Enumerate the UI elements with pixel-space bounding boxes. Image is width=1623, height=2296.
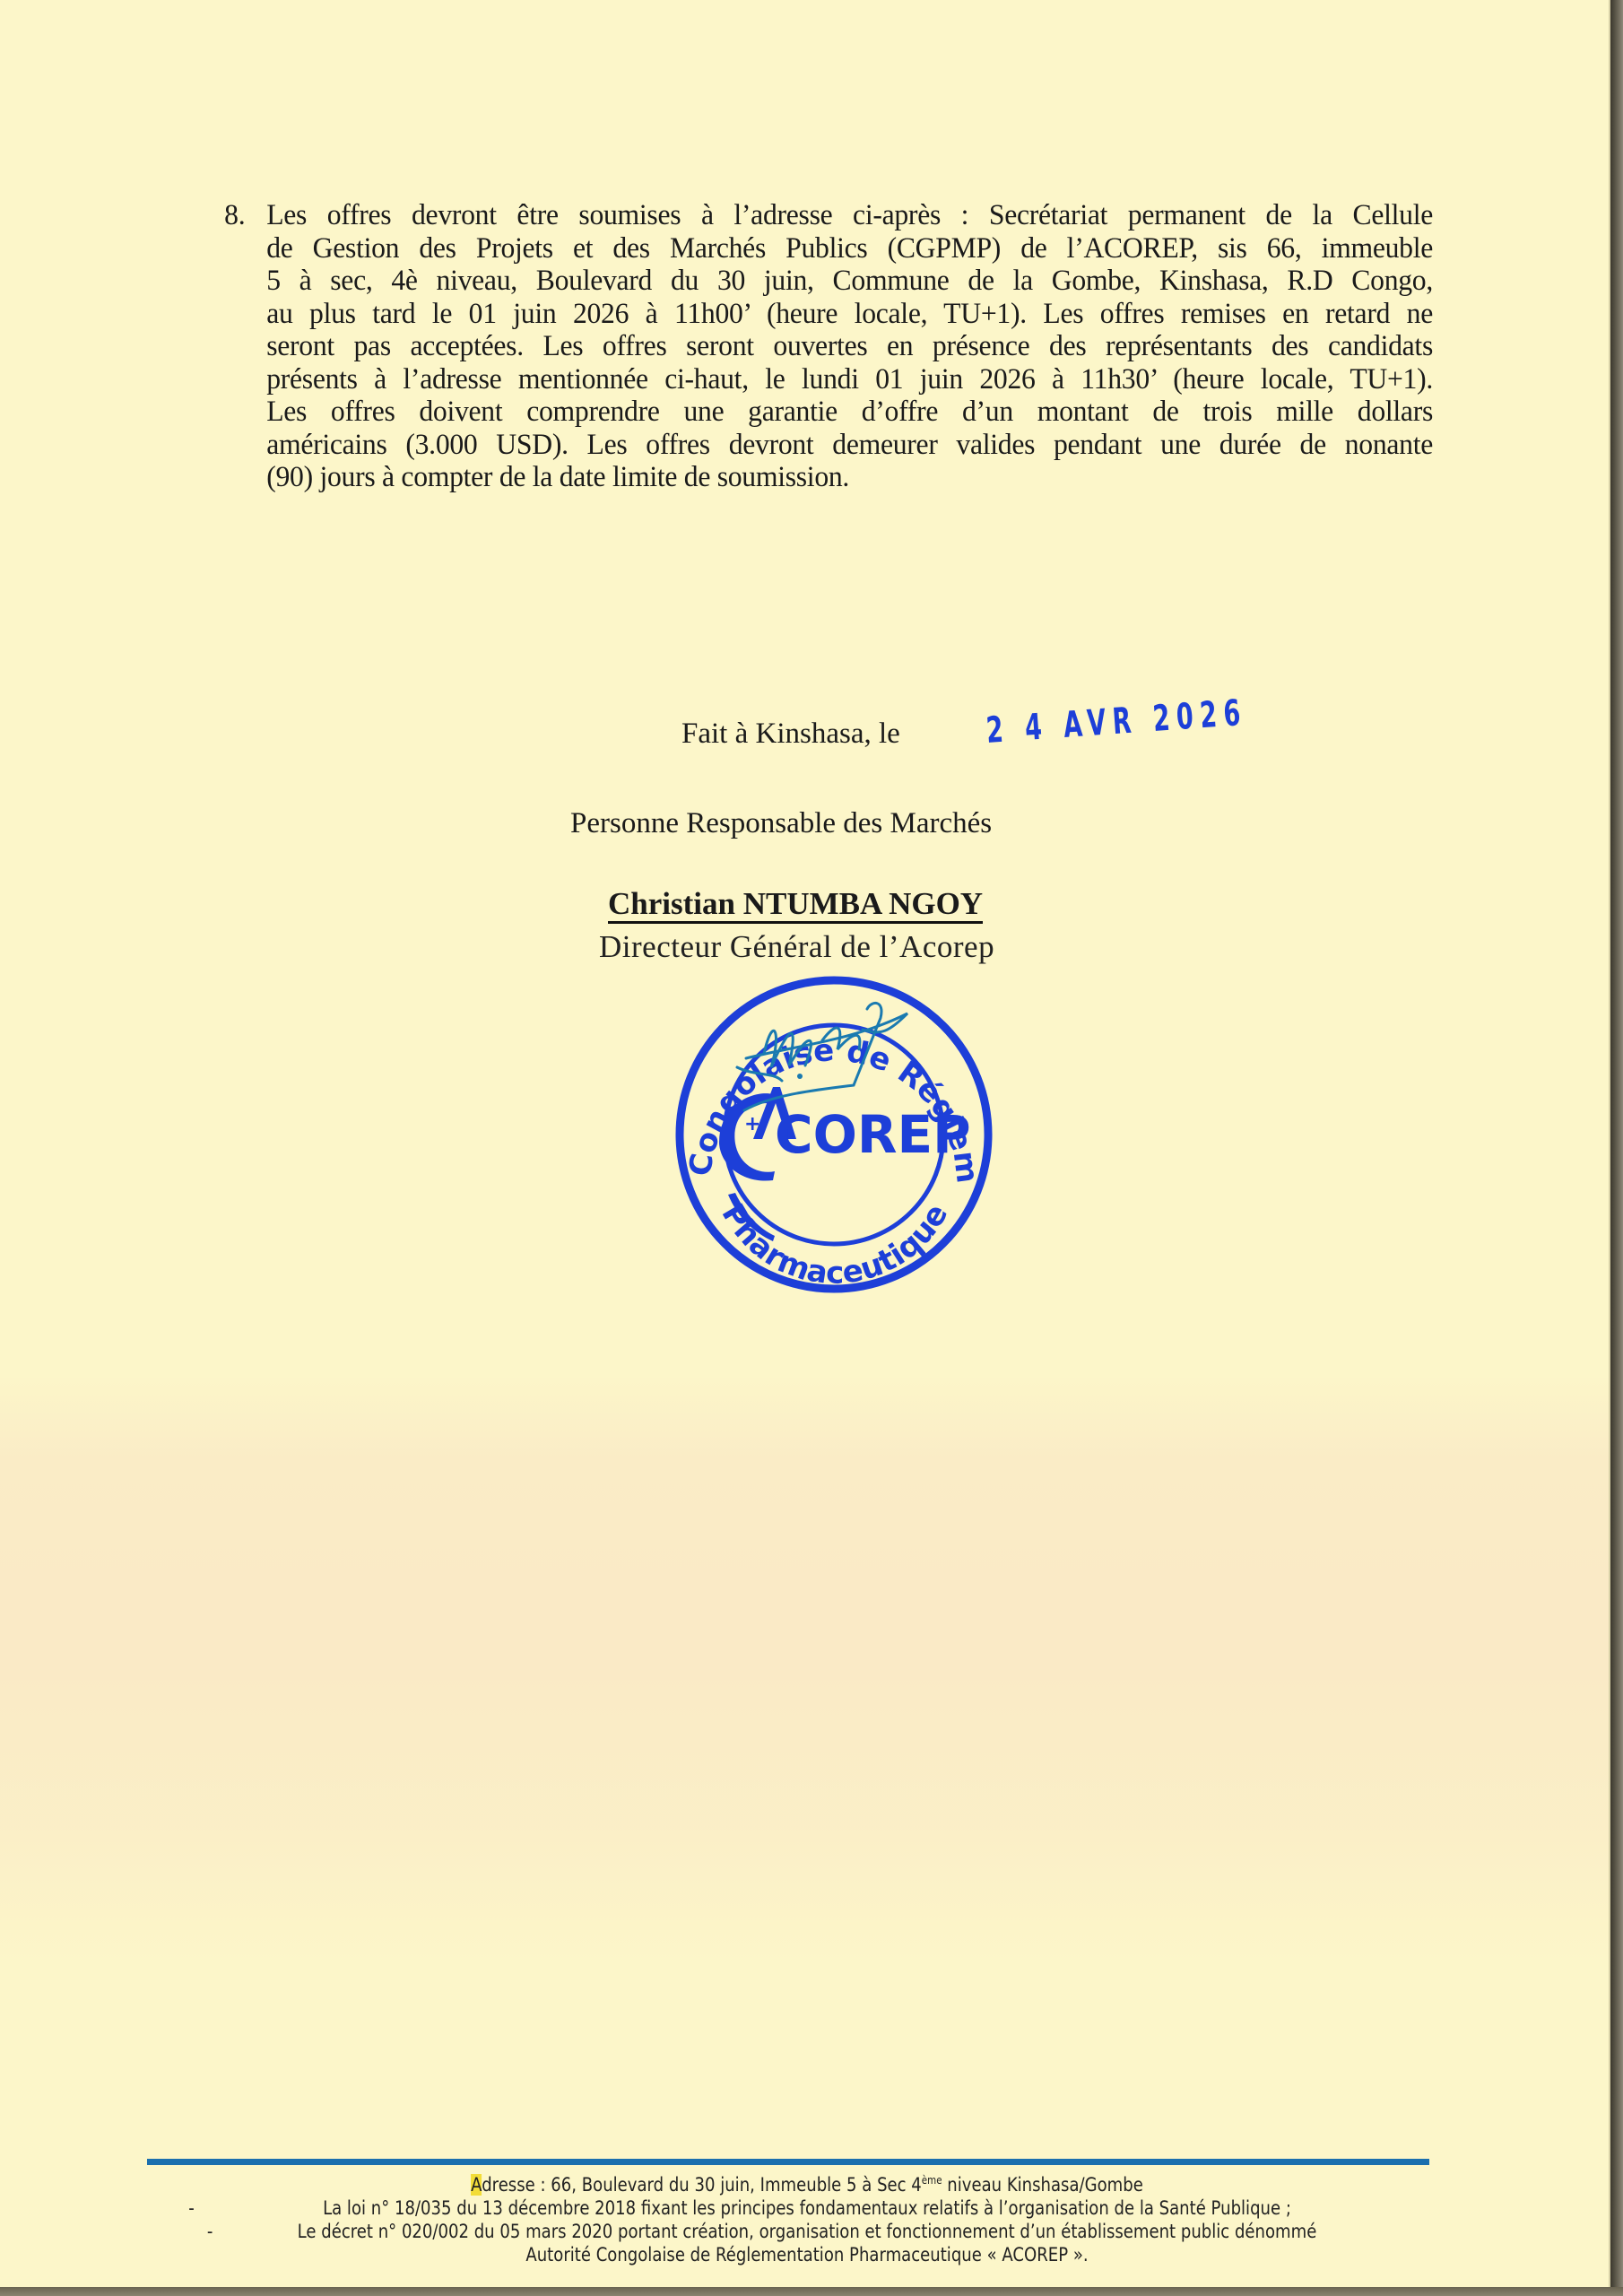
signer-role: Personne Responsable des Marchés bbox=[570, 807, 992, 840]
paragraph-8: 8. Les offres devront être soumises à l’… bbox=[228, 199, 1433, 494]
paragraph-line: seront pas acceptées. Les offres seront … bbox=[228, 330, 1433, 363]
footer-decree-continuation: Autorité Congolaise de Réglementation Ph… bbox=[229, 2243, 1385, 2266]
paragraph-line: (90) jours à compter de la date limite d… bbox=[228, 461, 1433, 494]
scan-edge-bottom bbox=[0, 2287, 1623, 2296]
official-seal-icon: Autorité Congolaise de Réglementation Ph… bbox=[638, 960, 1024, 1300]
footer-decree-reference: -Le décret n° 020/002 du 05 mars 2020 po… bbox=[229, 2220, 1385, 2243]
seal-logo-text: COREP bbox=[775, 1104, 971, 1165]
place-label: Fait à Kinshasa, le bbox=[681, 717, 900, 751]
date-stamp: 2 4 AVR 2026 bbox=[985, 692, 1248, 752]
document-page: 8. Les offres devront être soumises à l’… bbox=[0, 0, 1610, 2287]
svg-text:+: + bbox=[744, 1113, 760, 1135]
paragraph-line: au plus tard le 01 juin 2026 à 11h00’ (h… bbox=[228, 298, 1433, 331]
paragraph-line: 5 à sec, 4è niveau, Boulevard du 30 juin… bbox=[228, 265, 1433, 298]
signer-name: Christian NTUMBA NGOY bbox=[608, 888, 983, 924]
paragraph-line: de Gestion des Projets et des Marchés Pu… bbox=[228, 232, 1433, 265]
scan-edge-right bbox=[1610, 0, 1623, 2296]
footer-law-reference: -La loi n° 18/035 du 13 décembre 2018 fi… bbox=[229, 2196, 1385, 2220]
footer-divider bbox=[147, 2159, 1429, 2165]
paragraph-line: américains (3.000 USD). Les offres devro… bbox=[228, 429, 1433, 462]
footer-address: Adresse : 66, Boulevard du 30 juin, Imme… bbox=[229, 2169, 1385, 2196]
footer: Adresse : 66, Boulevard du 30 juin, Imme… bbox=[135, 2169, 1480, 2266]
paragraph-line: présents à l’adresse mentionnée ci-haut,… bbox=[228, 363, 1433, 396]
paragraph-number: 8. bbox=[224, 199, 245, 232]
paragraph-line: Les offres devront être soumises à l’adr… bbox=[228, 199, 1433, 232]
paragraph-line: Les offres doivent comprendre une garant… bbox=[228, 396, 1433, 429]
